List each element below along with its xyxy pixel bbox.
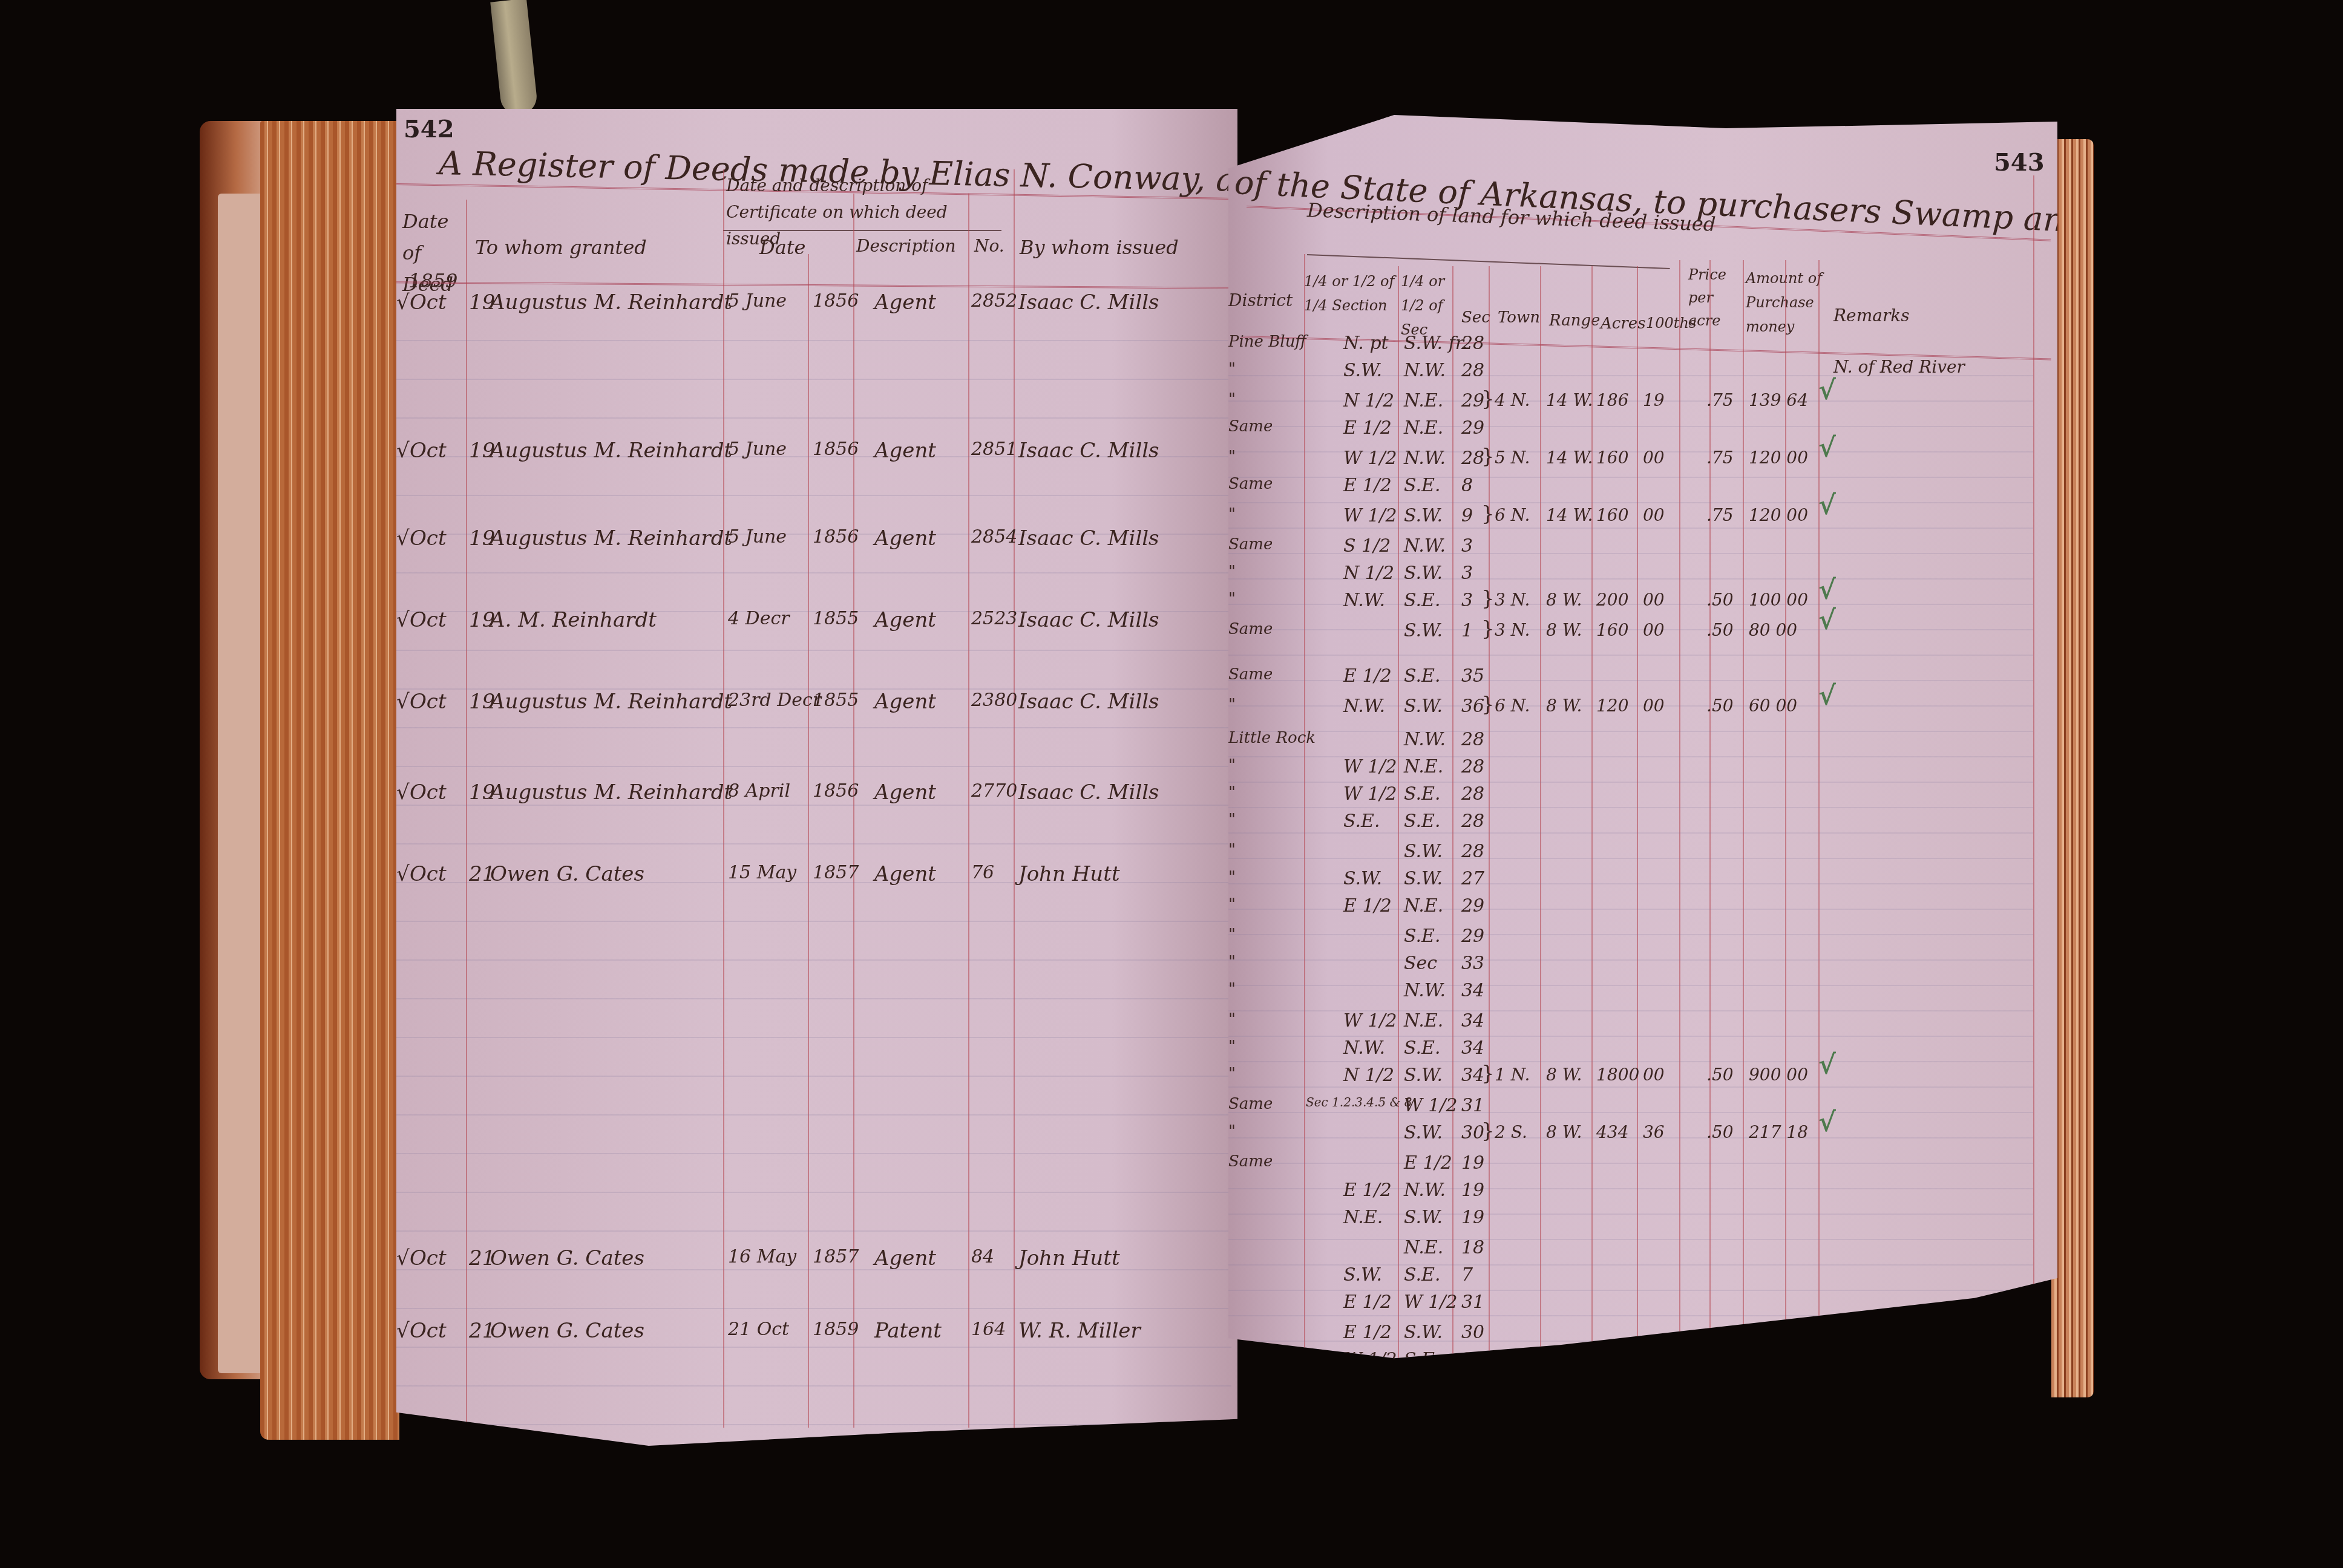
entry-month: Oct (410, 1246, 447, 1270)
line-sec: 19 (1461, 1152, 1484, 1174)
line-district: " (1228, 505, 1236, 523)
line-sec: 29 (1461, 895, 1484, 916)
line-part: S.W. (1343, 1264, 1382, 1285)
line-district: " (1228, 1065, 1236, 1083)
line-part: E 1/2 (1343, 475, 1392, 496)
line-range: 9 W. (1546, 1434, 1582, 1454)
line-sec: 28 (1461, 756, 1484, 777)
entry-cert-year: 1857 (813, 1452, 859, 1473)
line-hundredths: 00 (1643, 505, 1665, 525)
line-part: E 1/2 (1343, 1322, 1392, 1343)
line-district: " (1228, 868, 1236, 886)
line-quarter: Sec (1404, 1461, 1437, 1482)
entry-cert-year: 1856 (813, 780, 859, 802)
entry-description: Agent (874, 526, 936, 550)
line-acres: 160 (1596, 448, 1628, 468)
line-town: 3 N. (1495, 620, 1530, 640)
entry-description: Agent (874, 862, 936, 886)
entry-description: Agent (874, 1246, 936, 1270)
line-quarter: Sec (1404, 953, 1437, 974)
line-price: .75 (1706, 448, 1734, 468)
checkmark-icon: √ (1818, 490, 1836, 521)
line-range: 14 W. (1546, 505, 1593, 525)
line-hundredths: 36 (1643, 1122, 1665, 1142)
line-district: Same (1228, 620, 1273, 638)
line-town: 5 N. (1495, 448, 1530, 468)
header-town: Town (1498, 309, 1540, 327)
line-part: N 1/2 (1343, 563, 1394, 584)
entry-cert-year: 1855 (813, 690, 859, 711)
line-town: 2 S. (1495, 1122, 1527, 1142)
line-amount: 900 00 (1749, 1065, 1808, 1085)
entry-issued-by: Isaac C. Mills (1018, 526, 1159, 550)
brace-icon: } (1481, 1457, 1495, 1481)
entry-check: √ (396, 1452, 410, 1476)
entry-grantee: Augustus M. Reinhardt (490, 290, 732, 315)
line-quarter: S.W. (1404, 696, 1443, 717)
line-sec: 30 (1461, 1322, 1484, 1343)
entry-cert-year: 1856 (813, 526, 859, 547)
line-town: 2 S. (1495, 1461, 1527, 1481)
line-part: S.W. (1343, 868, 1382, 889)
entry-issued-by: Isaac C. Mills (1018, 439, 1159, 463)
page-number-left: 542 (404, 115, 454, 143)
entry-grantee: A. M. Reinhardt (490, 608, 657, 632)
line-sec: 31 (1461, 1376, 1484, 1397)
line-part: W 1/2 (1343, 448, 1397, 469)
line-district: Same (1228, 535, 1273, 554)
line-part: E 1/2 (1343, 665, 1392, 687)
entry-cert-date: 21 Oct (728, 1319, 789, 1340)
entry-description: Agent (874, 780, 936, 805)
entry-cert-no: 2523 (971, 608, 1017, 629)
entry-month: Oct (410, 862, 447, 886)
line-town: 2 N. (1495, 1434, 1530, 1454)
line-hundredths: 00 (1643, 590, 1665, 610)
line-quarter: S.W. (1404, 868, 1443, 889)
line-sec: 19 (1461, 1207, 1484, 1228)
brace-icon: } (1481, 501, 1495, 526)
line-range: 14 W. (1546, 390, 1593, 410)
entry-month: Oct (410, 526, 447, 550)
line-amount: 320 00 (1749, 1461, 1808, 1481)
line-sec: 27 (1461, 868, 1484, 889)
entry-description: Agent (874, 1452, 936, 1476)
line-sec: 31 (1461, 1095, 1484, 1116)
line-district: " (1228, 811, 1236, 829)
header-sec: Sec (1461, 309, 1490, 327)
header-by-whom-issued: By whom issued (1020, 236, 1179, 259)
entry-cert-year: 1855 (813, 608, 859, 629)
line-sec: 3 (1461, 535, 1473, 557)
line-sec: 28 (1461, 360, 1484, 381)
brace-icon: } (1481, 692, 1495, 716)
line-acres: 640 (1596, 1461, 1628, 1481)
entry-grantee: Augustus M. Reinhardt (490, 690, 732, 714)
line-hundredths: 00 (1643, 1461, 1665, 1481)
entry-check: √ (396, 1246, 410, 1270)
entry-grantee: Augustus M. Reinhardt (490, 780, 732, 805)
entry-cert-no: 2854 (971, 526, 1017, 547)
line-sec: 34 (1461, 1010, 1484, 1031)
header-rule (396, 281, 1231, 291)
line-district: " (1228, 1037, 1236, 1056)
entry-issued-by: W. R. Miller (1018, 1319, 1141, 1343)
entry-grantee: Owen G. Cates (490, 1246, 644, 1270)
line-quarter: S.E. (1404, 783, 1440, 805)
line-price: .50 (1706, 1122, 1734, 1142)
entry-month: Oct (410, 780, 447, 805)
line-sec: 20 (1461, 1406, 1484, 1428)
checkmark-icon: √ (1818, 1107, 1836, 1138)
entry-issued-by: Isaac C. Mills (1018, 690, 1159, 714)
line-quarter: S.E. (1404, 1406, 1440, 1428)
line-sec: 34 (1461, 980, 1484, 1001)
line-part: W 1/2 (1343, 505, 1397, 526)
line-sec: 3 (1461, 590, 1473, 611)
line-quarter: N.W. (1404, 448, 1446, 469)
header-year: 1859 (408, 269, 457, 292)
entry-cert-date: 5 June (728, 526, 787, 547)
line-sec: 1 (1461, 620, 1473, 641)
line-acres: 160 (1596, 505, 1628, 525)
entry-issued-by: Isaac C. Mills (1018, 290, 1159, 315)
checkmark-icon: √ (1818, 1050, 1836, 1080)
line-district: " (1228, 841, 1236, 859)
line-town: 6 N. (1495, 505, 1530, 525)
checkmark-icon: √ (1818, 681, 1836, 711)
line-part: N 1/2 (1343, 1065, 1394, 1086)
line-sec: 8 (1461, 475, 1473, 496)
line-range: 8 W. (1546, 1122, 1582, 1142)
line-district: Same (1228, 417, 1273, 436)
entry-cert-date: 5 June (728, 290, 787, 312)
brace-icon: } (1481, 387, 1495, 411)
line-sec: 7 (1461, 1264, 1473, 1285)
line-quarter: S.E. (1404, 926, 1440, 947)
line-amount: 120 00 (1749, 505, 1808, 525)
line-town: 4 N. (1495, 390, 1530, 410)
bookmark-tab (490, 0, 539, 117)
line-quarter: S.W. (1404, 1207, 1443, 1228)
line-district: " (1228, 980, 1236, 998)
line-amount: 80 00 (1749, 620, 1797, 640)
line-sec: 36 (1461, 1461, 1484, 1482)
brace-icon: } (1481, 616, 1495, 641)
line-range: 8 W. (1546, 1065, 1582, 1085)
line-range: 9 W. (1546, 1461, 1582, 1481)
line-amount: 100 00 (1749, 590, 1808, 610)
line-district: Same (1228, 1461, 1273, 1479)
line-quarter: S.E. (1404, 475, 1440, 496)
header-remarks: Remarks (1833, 305, 1910, 325)
entry-description: Agent (874, 608, 936, 632)
line-sec: 30 (1461, 1349, 1484, 1370)
line-price: .50 (1706, 620, 1734, 640)
line-part: S.W. (1343, 360, 1382, 381)
line-quarter: N.E. (1404, 417, 1443, 439)
line-part: S.E. (1343, 811, 1380, 832)
line-sec: 20 (1461, 1434, 1484, 1455)
line-sec: 28 (1461, 333, 1484, 354)
entry-cert-date: 15 May (728, 862, 796, 883)
entry-description: Agent (874, 439, 936, 463)
line-sec: 3 (1461, 563, 1473, 584)
line-town: 6 N. (1495, 696, 1530, 716)
line-hundredths: 00 (1643, 696, 1665, 716)
checkmark-icon: √ (1818, 1446, 1836, 1477)
line-quarter: N.E. (1404, 756, 1443, 777)
line-quarter: N.W. (1404, 535, 1446, 557)
entry-issued-by: John Hutt (1018, 1246, 1120, 1270)
line-district: Same (1228, 1095, 1273, 1113)
entry-cert-date: 4 Decr (728, 608, 790, 629)
entry-issued-by: John Hutt (1018, 1452, 1120, 1476)
header-to-whom-granted: To whom granted (475, 236, 647, 259)
entry-day: 21 (469, 1452, 495, 1476)
checkmark-icon: √ (1818, 575, 1836, 606)
line-quarter: N.E. (1404, 390, 1443, 411)
line-sec: 28 (1461, 783, 1484, 805)
line-district: " (1228, 1010, 1236, 1028)
line-quarter: S.E. (1404, 590, 1440, 611)
brace-icon: } (1481, 444, 1495, 468)
line-quarter: N.W. (1404, 360, 1446, 381)
entry-check: √ (396, 439, 410, 463)
line-quarter: N.E. (1404, 1434, 1443, 1455)
right-page: 543 of the State of Arkansas, to purchas… (1228, 115, 2057, 1452)
line-sec: 28 (1461, 729, 1484, 750)
entry-check: √ (396, 608, 410, 632)
entry-issued-by: John Hutt (1018, 862, 1120, 886)
entry-cert-date: 16 May (728, 1452, 796, 1473)
line-sec: 35 (1461, 665, 1484, 687)
header-date: Date (759, 236, 806, 259)
header-district: District (1228, 290, 1293, 310)
line-town: 1 N. (1495, 1065, 1530, 1085)
line-quarter: W 1/2 (1404, 1292, 1458, 1313)
entry-description: Patent (874, 1319, 942, 1343)
line-amount: 620 00 (1749, 1434, 1808, 1454)
line-district: " (1228, 390, 1236, 408)
entry-issued-by: Isaac C. Mills (1018, 780, 1159, 805)
line-range: 8 W. (1546, 696, 1582, 716)
entry-month: Oct (410, 1452, 447, 1476)
entry-description: Agent (874, 290, 936, 315)
entry-month: Oct (410, 608, 447, 632)
line-sec: 29 (1461, 926, 1484, 947)
line-range: 14 W. (1546, 448, 1593, 468)
entry-cert-year: 1856 (813, 439, 859, 460)
line-amount: 120 00 (1749, 448, 1808, 468)
entry-check: √ (396, 690, 410, 714)
line-part: N.W. (1343, 590, 1385, 611)
brace-icon: } (1481, 1430, 1495, 1454)
line-acres: 434 (1596, 1122, 1628, 1142)
line-quarter: S.W. fr. (1404, 333, 1467, 354)
line-quarter: W 1/2 (1404, 1095, 1458, 1116)
line-sec: 31 (1461, 1292, 1484, 1313)
line-district: " (1228, 1122, 1236, 1140)
entry-cert-date: 23rd Decr (728, 690, 821, 711)
line-quarter: S.E. (1404, 1264, 1440, 1285)
brace-icon: } (1481, 1061, 1495, 1085)
line-part: W 1/2 (1343, 756, 1397, 777)
brace-icon: } (1481, 586, 1495, 610)
line-part: N.W. (1343, 696, 1385, 717)
entry-cert-no: 76 (971, 862, 994, 883)
line-district: Little Rock (1228, 729, 1316, 747)
entry-cert-no: 2851 (971, 439, 1017, 460)
line-range: 8 W. (1546, 620, 1582, 640)
line-quarter: S.W. (1404, 505, 1443, 526)
line-district: " (1228, 563, 1236, 581)
line-quarter: S.E. (1404, 1349, 1440, 1370)
line-hundredths: 19 (1643, 390, 1665, 410)
line-quarter: N.E. (1404, 895, 1443, 916)
line-hundredths: 00 (1643, 448, 1665, 468)
line-part: S.E. (1343, 1376, 1380, 1397)
entry-cert-year: 1859 (813, 1319, 859, 1340)
line-town: 3 N. (1495, 590, 1530, 610)
line-district: " (1228, 895, 1236, 913)
header-of-sec: 1/4 or 1/2 of Sec (1401, 269, 1455, 342)
entry-description: Agent (874, 690, 936, 714)
entry-check: √ (396, 526, 410, 550)
entry-check: √ (396, 862, 410, 886)
line-acres: 1240 (1596, 1434, 1639, 1454)
entry-cert-no: 164 (971, 1319, 1006, 1340)
certificate-group-underline (723, 230, 1001, 231)
line-sec: 33 (1461, 953, 1484, 974)
line-district: " (1228, 756, 1236, 774)
entry-grantee: Owen G. Cates (490, 862, 644, 886)
line-district: " (1228, 360, 1236, 378)
line-district: Pine Bluff (1228, 333, 1306, 351)
line-sec: 28 (1461, 841, 1484, 862)
line-part: W 1/2 (1343, 1349, 1397, 1370)
line-remarks: N. of Red River (1833, 357, 1965, 377)
entry-cert-year: 1856 (813, 290, 859, 312)
entry-month: Oct (410, 439, 447, 463)
line-sec: 18 (1461, 1237, 1484, 1258)
line-hundredths: 00 (1643, 1065, 1665, 1085)
entry-month: Oct (410, 690, 447, 714)
line-price: .75 (1706, 505, 1734, 525)
line-sec: 28 (1461, 811, 1484, 832)
line-quarter: E 1/2 (1404, 1152, 1452, 1174)
line-acres: 200 (1596, 590, 1628, 610)
line-price: .50 (1706, 1434, 1734, 1454)
col-rule (2033, 175, 2034, 1325)
line-sec: 29 (1461, 417, 1484, 439)
line-part: Sec 1.2.3.4.5 & 8 (1306, 1095, 1412, 1109)
line-amount: 60 00 (1749, 696, 1797, 716)
line-part: E 1/2 (1343, 895, 1392, 916)
entry-issued-by: Isaac C. Mills (1018, 608, 1159, 632)
entry-check: √ (396, 780, 410, 805)
line-quarter: S.E. (1404, 1037, 1440, 1059)
line-quarter: S.W. (1404, 620, 1443, 641)
line-district: Same (1228, 1152, 1273, 1171)
line-quarter: N.E. (1404, 1010, 1443, 1031)
line-part: N.E. (1343, 1207, 1383, 1228)
line-part: W 1/2 (1343, 1010, 1397, 1031)
header-price: Price per acre (1688, 263, 1749, 332)
entry-cert-no: 84 (971, 1246, 994, 1267)
checkmark-icon: √ (1818, 1419, 1836, 1449)
entry-cert-no: 2852 (971, 290, 1017, 312)
entry-month: Oct (410, 290, 447, 315)
line-quarter: S.W. (1404, 1122, 1443, 1143)
entry-grantee: Owen G. Cates (490, 1319, 644, 1343)
right-page-edges (2051, 139, 2094, 1397)
line-quarter: N.W. (1404, 980, 1446, 1001)
line-quarter: S.W. (1404, 563, 1443, 584)
line-part: E 1/2 (1343, 1180, 1392, 1201)
line-acres: 160 (1596, 620, 1628, 640)
line-part: N.W. (1343, 1037, 1385, 1059)
entry-grantee: Owen G. Cates (490, 1452, 644, 1476)
line-quarter: S.W. (1404, 1322, 1443, 1343)
line-part: E 1/2 (1343, 417, 1392, 439)
line-part: S 1/2 (1343, 1434, 1391, 1455)
line-quarter: S.W. (1404, 841, 1443, 862)
checkmark-icon: √ (1818, 433, 1836, 463)
line-sec: 9 (1461, 505, 1473, 526)
line-range: 8 W. (1546, 590, 1582, 610)
line-district: " (1228, 926, 1236, 944)
line-acres: 186 (1596, 390, 1628, 410)
line-part: E 1/2 (1343, 1292, 1392, 1313)
entry-cert-date: 8 April (728, 780, 790, 802)
line-district: Same (1228, 475, 1273, 493)
line-quarter: N.W. (1404, 729, 1446, 750)
line-acres: 1800 (1596, 1065, 1639, 1085)
header-quarter-section: 1/4 or 1/2 of 1/4 Section (1304, 269, 1395, 318)
header-no: No. (974, 236, 1004, 256)
line-district: " (1228, 953, 1236, 971)
line-quarter: S.E. (1404, 1376, 1440, 1397)
line-price: .75 (1706, 390, 1734, 410)
line-quarter: N.W. (1404, 1180, 1446, 1201)
entry-grantee: Augustus M. Reinhardt (490, 526, 732, 550)
entry-grantee: Augustus M. Reinhardt (490, 439, 732, 463)
entry-cert-no: 85 (971, 1452, 994, 1473)
line-sec: 34 (1461, 1037, 1484, 1059)
line-hundredths: 00 (1643, 1434, 1665, 1454)
line-district: " (1228, 696, 1236, 714)
entry-check: √ (396, 1319, 410, 1343)
header-description: Description (856, 236, 955, 256)
line-part: W 1/2 (1343, 783, 1397, 805)
line-part: N. pt (1343, 333, 1389, 354)
line-amount: 139 64 (1749, 390, 1808, 410)
page-number-right: 543 (1994, 148, 2045, 177)
line-district: " (1228, 783, 1236, 802)
brace-icon: } (1481, 1119, 1495, 1143)
line-district: " (1228, 448, 1236, 466)
line-quarter: N.E. (1404, 1237, 1443, 1258)
line-district: Same (1228, 665, 1273, 684)
line-sec: 19 (1461, 1180, 1484, 1201)
line-part: S 1/2 (1343, 535, 1391, 557)
line-part: N 1/2 (1343, 390, 1394, 411)
line-price: .50 (1706, 590, 1734, 610)
entry-cert-year: 1857 (813, 862, 859, 883)
checkmark-icon: √ (1818, 375, 1836, 406)
line-quarter: S.E. (1404, 811, 1440, 832)
